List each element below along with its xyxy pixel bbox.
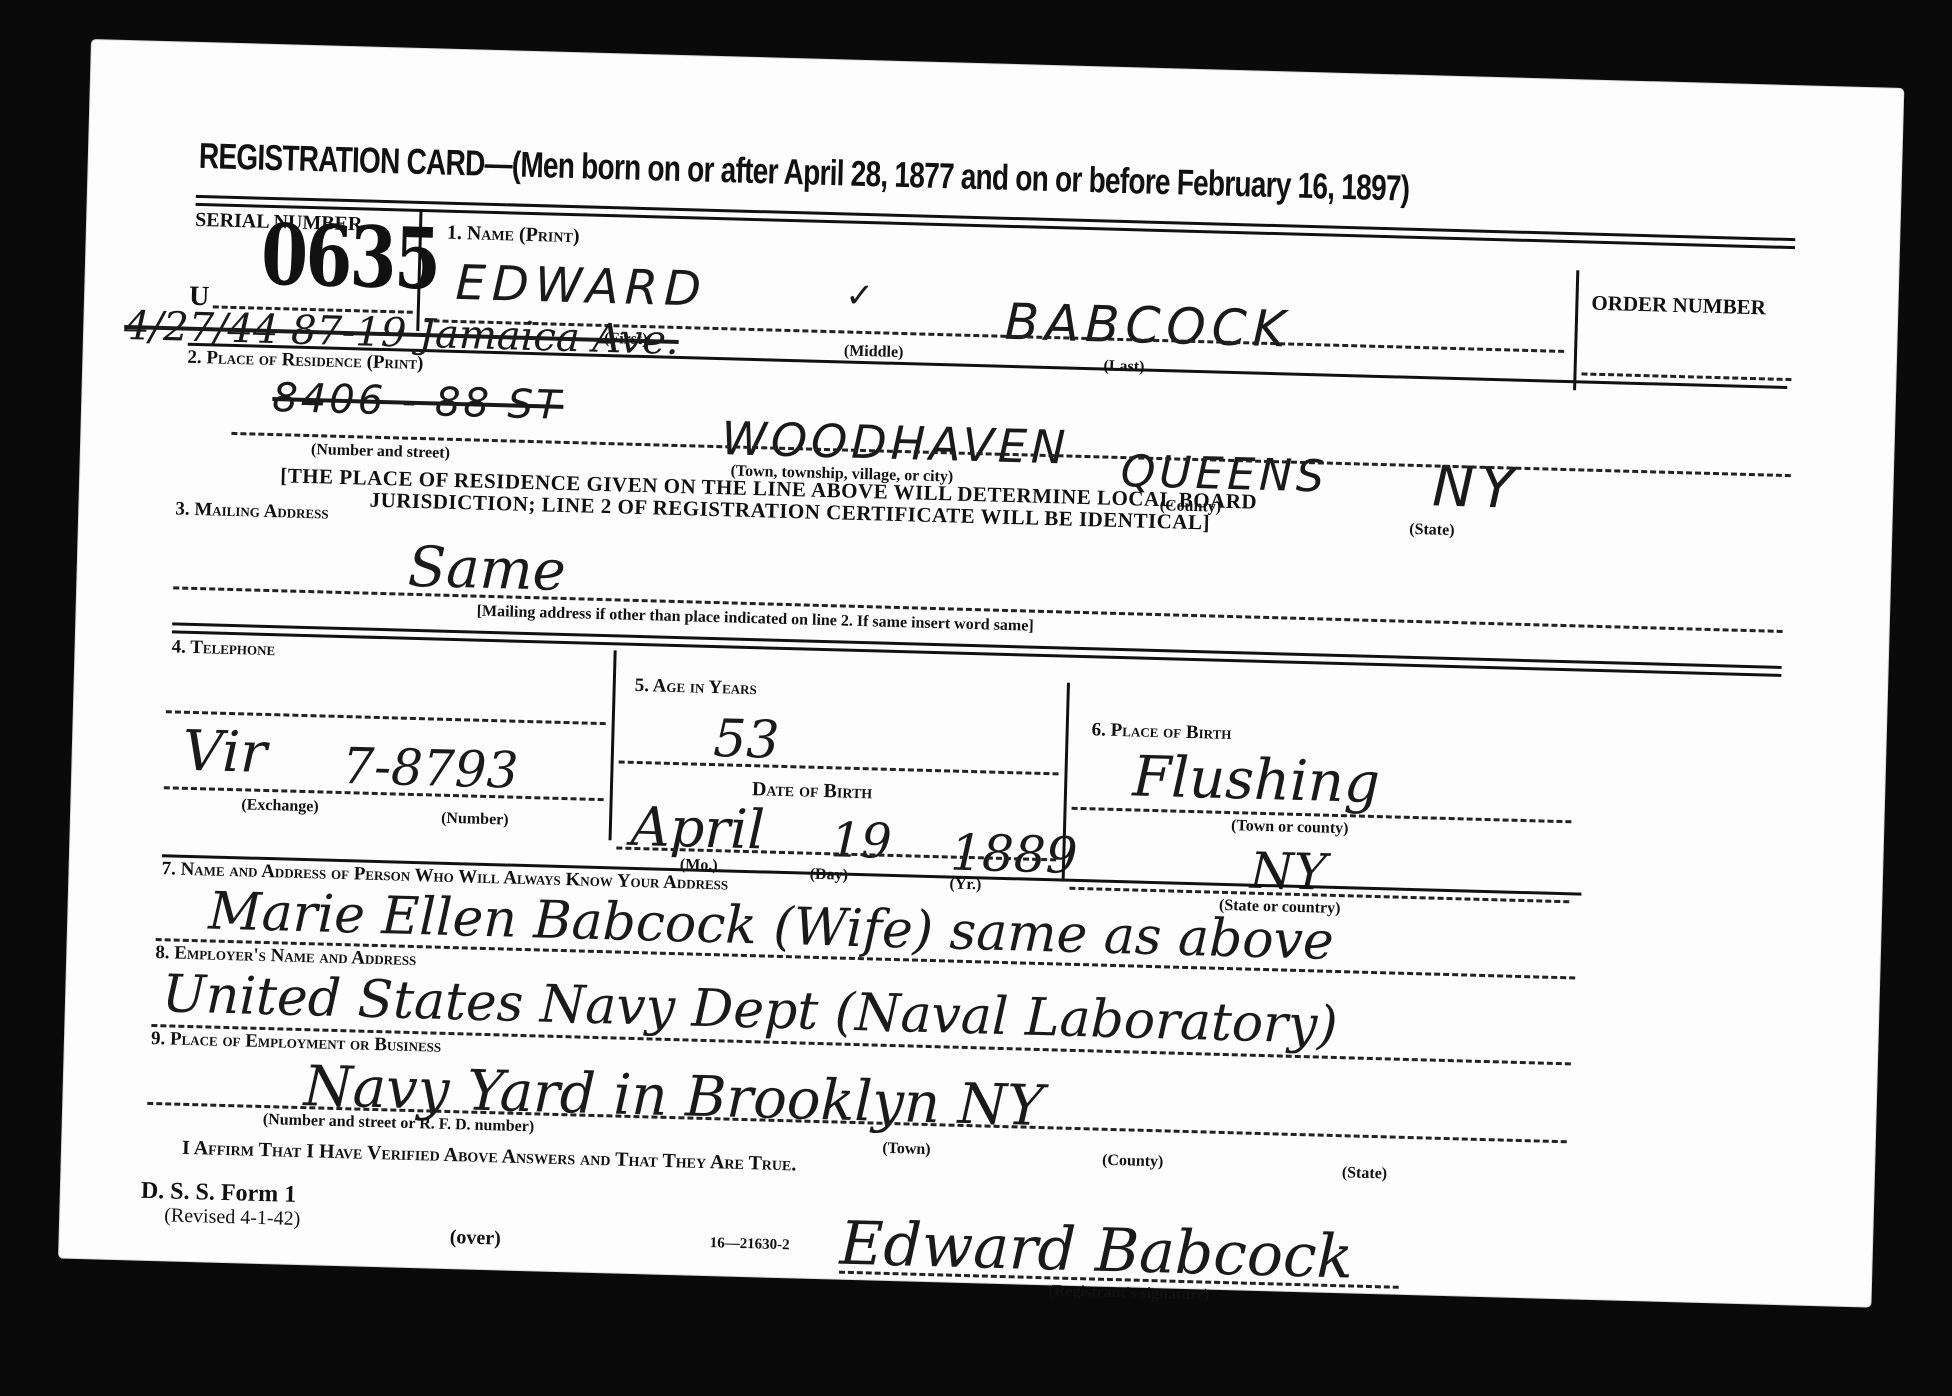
card-title: REGISTRATION CARD—(Men born on or after … — [198, 135, 1409, 210]
dob-label: Date of Birth — [752, 778, 873, 804]
number-and-street-value: 8406 - 88 ST — [272, 375, 564, 429]
employment-state-caption: (State) — [1342, 1164, 1388, 1183]
age-label: 5. Age in Years — [634, 675, 757, 700]
print-code: 16—21630-2 — [709, 1235, 789, 1254]
birthplace-town-value: Flushing — [1132, 744, 1381, 816]
telephone-number-value: 7-8793 — [342, 737, 519, 800]
employment-town-caption: (Town) — [882, 1140, 931, 1159]
name-label: 1. Name (Print) — [447, 222, 580, 249]
order-number-label: ORDER NUMBER — [1591, 291, 1766, 321]
middle-name-value: ✓ — [845, 275, 881, 316]
mailing-rule-2 — [172, 630, 1781, 677]
serial-number-value: 0635 — [260, 205, 440, 309]
age-underline — [619, 761, 1059, 776]
state-caption: (State) — [1409, 521, 1455, 540]
telephone-label: 4. Telephone — [171, 636, 275, 661]
registration-card: REGISTRATION CARD—(Men born on or after … — [59, 40, 1903, 1307]
dob-day-value: 19 — [830, 812, 893, 870]
street-caption: (Number and street) — [311, 441, 450, 463]
birthplace-label: 6. Place of Birth — [1091, 719, 1231, 745]
telephone-exchange-value: Vir — [182, 719, 268, 786]
age-value: 53 — [713, 709, 781, 771]
order-number-line — [1581, 372, 1791, 381]
order-divider — [1573, 270, 1579, 390]
affirmation-text: I Affirm That I Have Verified Above Answ… — [182, 1137, 797, 1177]
middle-caption: (Middle) — [844, 342, 904, 362]
last-name-value: BABCOCK — [1004, 293, 1292, 359]
birthplace-town-caption: (Town or county) — [1231, 817, 1349, 838]
telephone-divider — [609, 650, 617, 840]
form-revision: (Revised 4-1-42) — [164, 1204, 301, 1231]
number-caption: (Number) — [441, 810, 509, 830]
employment-county-caption: (County) — [1102, 1152, 1164, 1172]
first-name-value: EDWARD — [455, 255, 708, 318]
exchange-caption: (Exchange) — [241, 796, 319, 816]
mailing-address-label: 3. Mailing Address — [175, 498, 329, 524]
signature-caption: (Registrant's signature) — [1048, 1282, 1209, 1304]
over-note: (over) — [449, 1226, 501, 1250]
